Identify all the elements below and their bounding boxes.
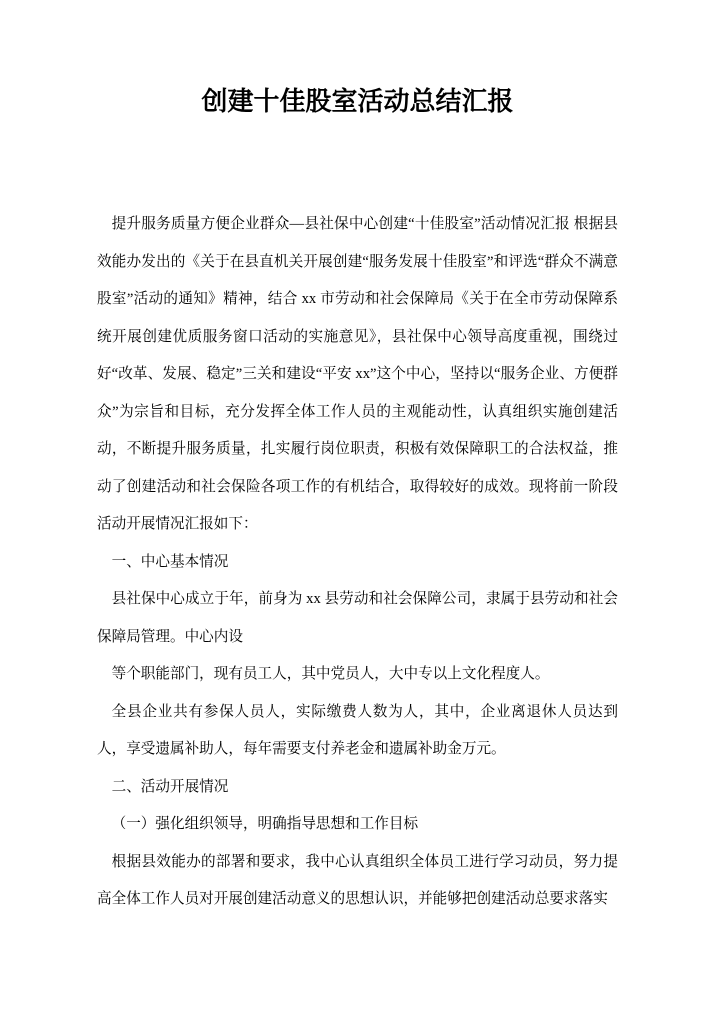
subsection-heading-organization-leadership: （一）强化组织领导，明确指导思想和工作目标: [97, 806, 618, 844]
paragraph-staff-stats: 等个职能部门，现有员工人，其中党员人，大中专以上文化程度人。: [97, 656, 618, 694]
paragraph-insured-stats: 全县企业共有参保人员人，实际缴费人数为人，其中，企业离退休人员达到人，享受遗属补…: [97, 694, 618, 769]
paragraph-center-history: 县社保中心成立于年，前身为 xx 县劳动和社会保障公司，隶属于县劳动和社会保障局…: [97, 581, 618, 656]
document-title: 创建十佳股室活动总结汇报: [97, 86, 618, 118]
section-heading-basic-info: 一、中心基本情况: [97, 544, 618, 582]
intro-paragraph: 提升服务质量方便企业群众—县社保中心创建“十佳股室”活动情况汇报 根据县效能办发…: [97, 206, 618, 544]
document-body: 提升服务质量方便企业群众—县社保中心创建“十佳股室”活动情况汇报 根据县效能办发…: [97, 206, 618, 919]
paragraph-mobilization: 根据县效能办的部署和要求，我中心认真组织全体员工进行学习动员，努力提高全体工作人…: [97, 844, 618, 919]
section-heading-activity-progress: 二、活动开展情况: [97, 769, 618, 807]
document-page: 创建十佳股室活动总结汇报 提升服务质量方便企业群众—县社保中心创建“十佳股室”活…: [0, 0, 721, 1020]
